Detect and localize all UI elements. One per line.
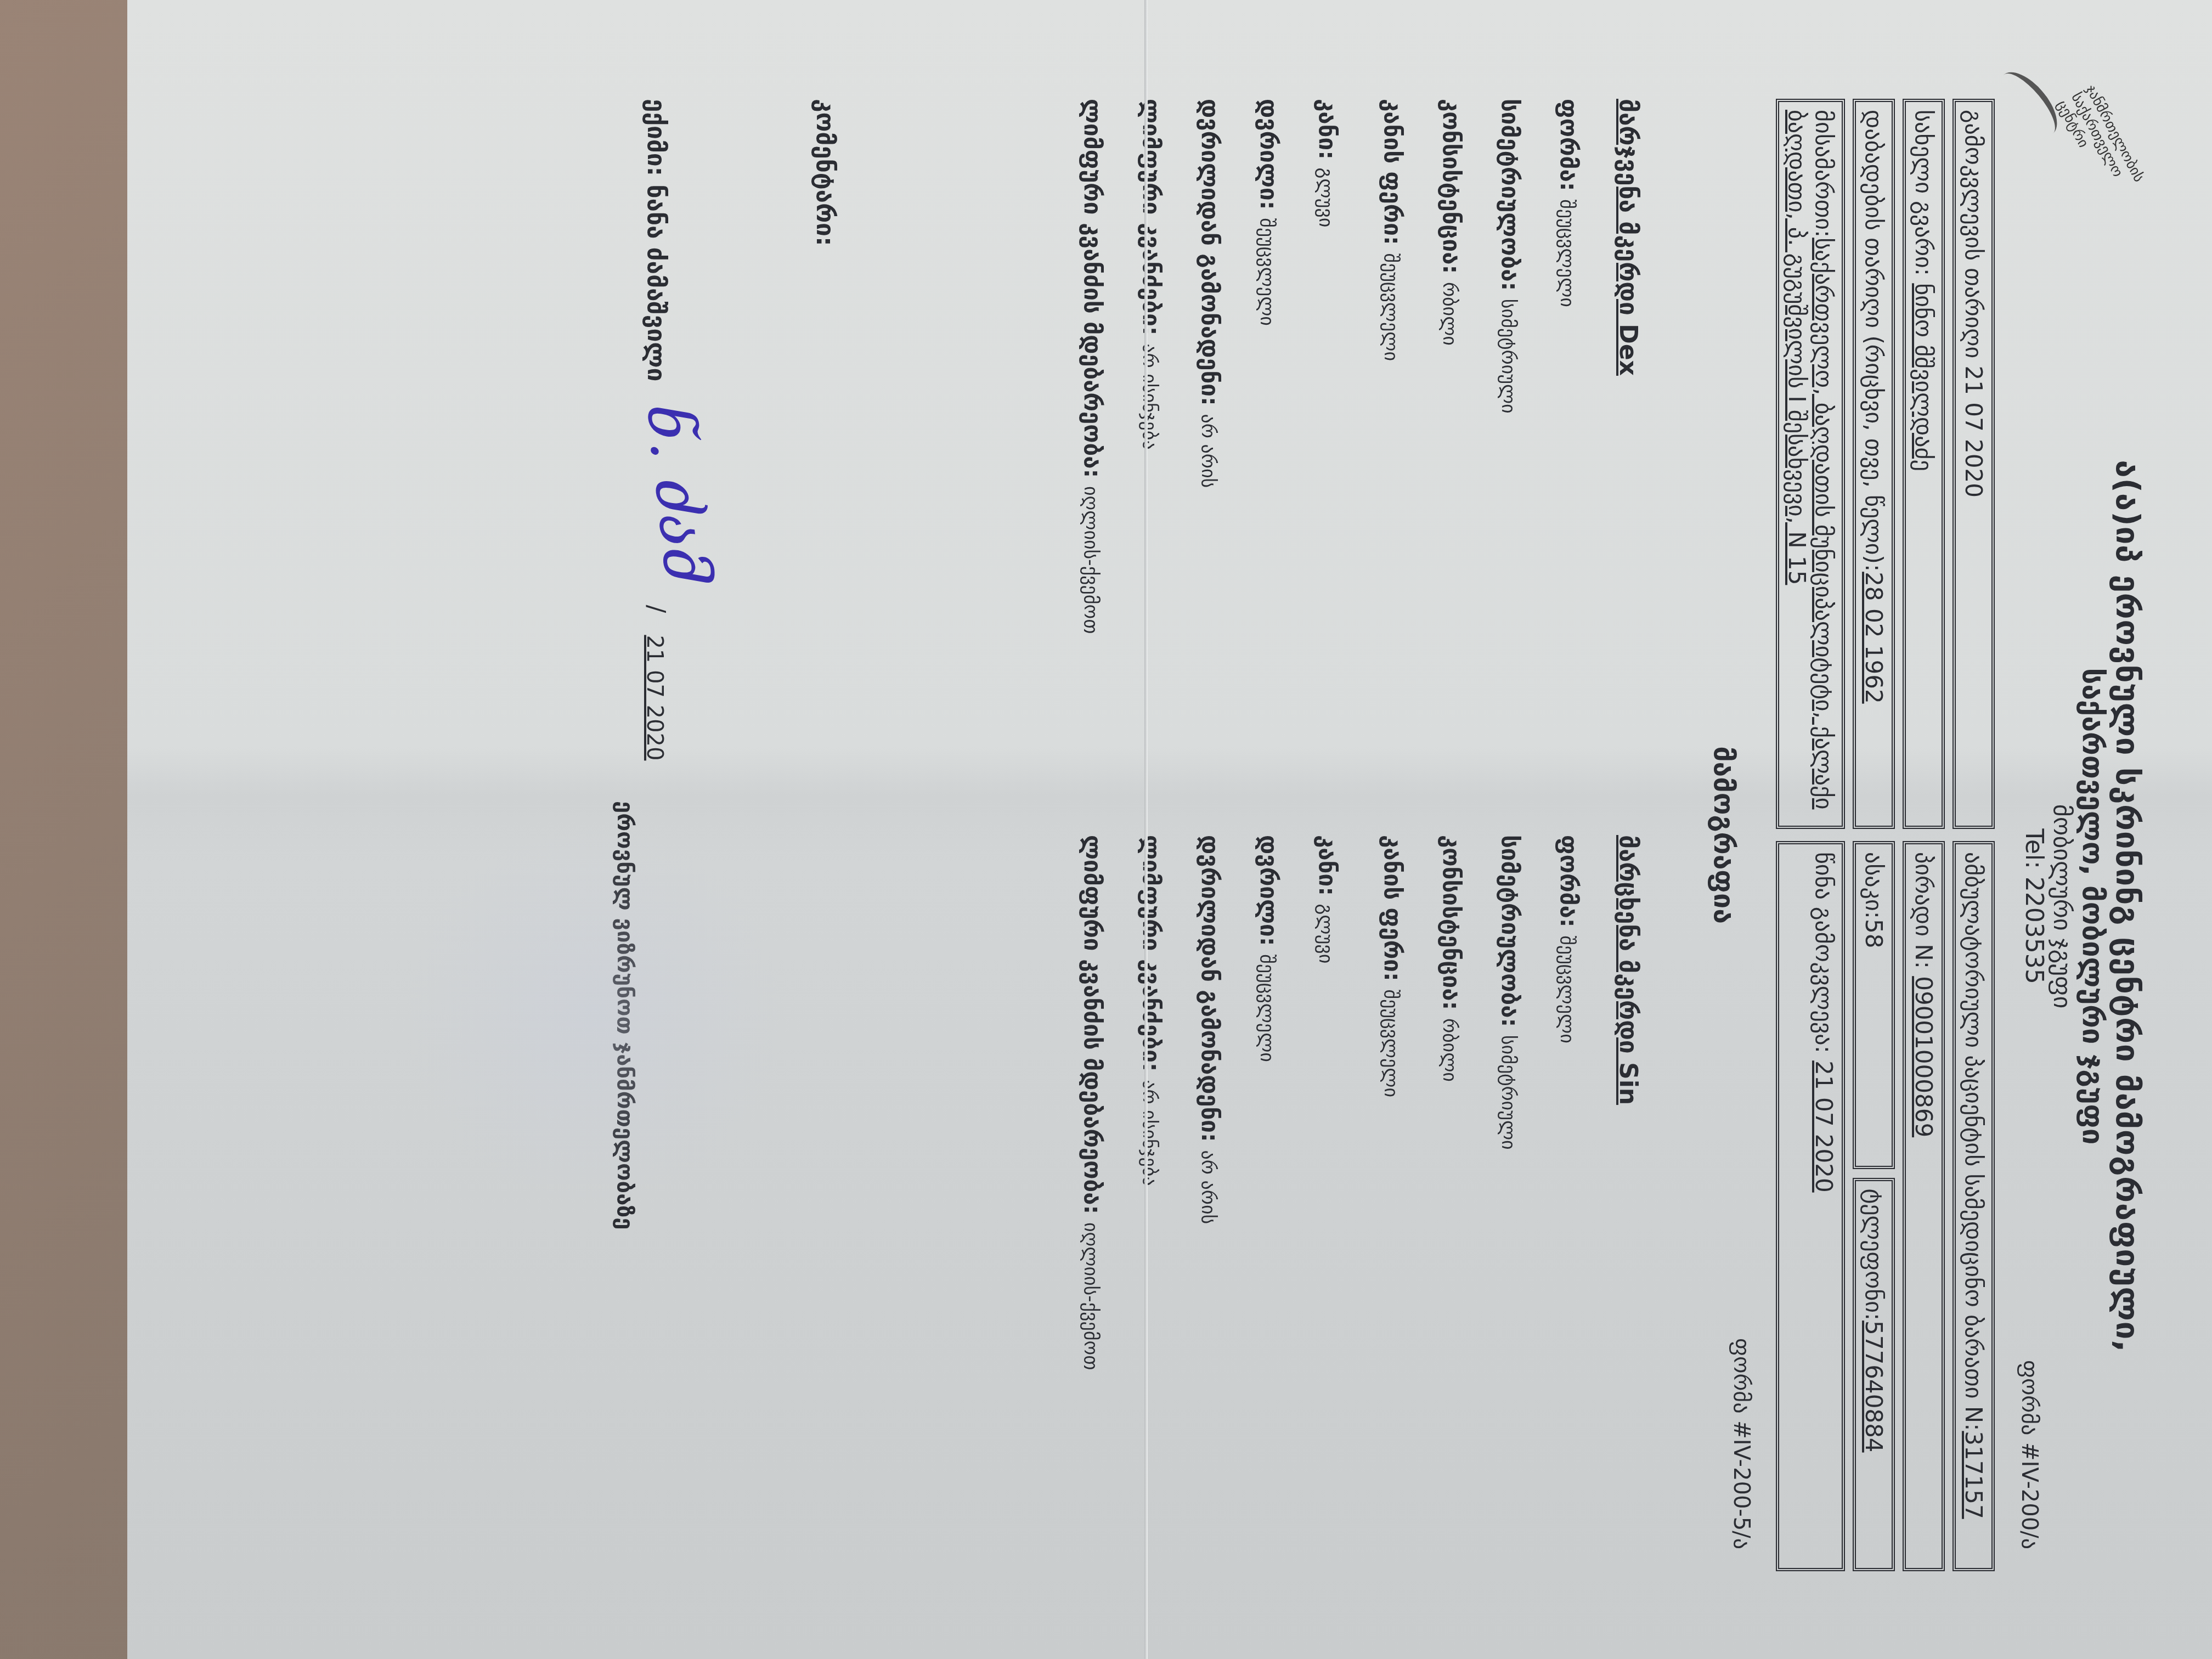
comment-label: კომენტარი: [811, 99, 839, 1571]
findings-left-breast: მარცხენა მკერდი Sin ფორმა: შეუცვლელი სიმ… [1047, 835, 1642, 1571]
age-phone-box: ასაკი:58 ტელეფონი:577640884 [1853, 841, 1895, 1571]
finding-row: სიმეტრიულობა: სიმეტრიული [1497, 99, 1523, 835]
finding-label: კონსისტენცია: [1438, 99, 1465, 282]
finding-label: დვრილი: [1255, 99, 1282, 218]
previous-exam-value: 21 07 2020 [1810, 1060, 1837, 1192]
finding-value: სიმეტრიული [1497, 299, 1519, 414]
finding-value: შეუცვლელი [1256, 218, 1278, 326]
finding-label: დვრილი: [1255, 835, 1282, 954]
org-location: საქართველო, მობილური ჯგუფი [2076, 241, 2109, 1571]
finding-value: გლუვი [1314, 904, 1336, 964]
finding-value: შეუცვლელი [1256, 954, 1278, 1062]
doctor-name: ექიმი: ნანა ძამაშვილი [642, 99, 670, 381]
finding-value: იღლიის-ქვემოთ [1080, 1222, 1102, 1370]
birth-date-label: დაბადების თარიღი (რიცხვი, თვე, წელი): [1860, 110, 1887, 572]
previous-exam-label: წინა გამოკვლევა: [1810, 852, 1837, 1060]
findings-right-breast: მარჯვენა მკერდი Dex ფორმა: შეუცვლელი სიმ… [1047, 99, 1642, 835]
finding-value: არ არის [1197, 414, 1219, 488]
phone-label: ტელეფონი: [1860, 1189, 1887, 1321]
finding-value: სიმეტრიული [1497, 1035, 1519, 1150]
finding-value: შეუცვლელი [1380, 253, 1402, 361]
findings-title: მარჯვენა მკერდი Dex [1614, 99, 1642, 835]
finding-label: კონსისტენცია: [1438, 835, 1465, 1018]
org-name: ა(ა)იპ ეროვნული სკრინინგ ცენტრი მამოგრაფ… [2109, 241, 2146, 1571]
finding-label: კანი: [1314, 99, 1341, 168]
finding-label: კანის ფერი: [1379, 835, 1406, 989]
finding-label: სიმეტრიულობა: [1497, 99, 1523, 299]
finding-value: არ ისინჯება [1138, 343, 1160, 449]
finding-row: კონსისტენცია: რბილი [1438, 835, 1465, 1571]
signature-date: 21 07 2020 [642, 635, 667, 760]
finding-label: ლიმფური კვანძები: [1138, 835, 1165, 1080]
finding-row: ლიმფური კვანძები: არ ისინჯება [1138, 99, 1165, 835]
age-value: 58 [1860, 919, 1887, 948]
handwritten-signature: ნ. ძამ [633, 400, 721, 586]
finding-label: ლიმფური კვანძის მდებარეობა: [1079, 835, 1106, 1222]
finding-label: კანი: [1314, 835, 1341, 904]
registry-box: ამბულატორიული პაციენტის სამედიცინო ბარათ… [1953, 841, 1995, 1571]
personal-id-label: პირადი N: [1910, 852, 1937, 976]
finding-row: ფორმა: შეუცვლელი [1555, 99, 1582, 835]
visit-date: გამოკვლევის თარიღი 21 07 2020 [1960, 110, 1987, 498]
birth-date-value: 28 02 1962 [1860, 572, 1887, 703]
registry-value: 317157 [1960, 1431, 1987, 1519]
finding-label: კანის ფერი: [1379, 99, 1406, 253]
finding-row: კანი: გლუვი [1314, 835, 1341, 1571]
age-cell: ასაკი:58 [1853, 841, 1895, 1169]
finding-value: შეუცვლელი [1380, 989, 1402, 1097]
finding-value: შეუცვლელი [1556, 935, 1578, 1043]
finding-row: დვრილი: შეუცვლელი [1255, 99, 1282, 835]
finding-label: დვრილიდან გამონადენი: [1197, 835, 1223, 1150]
finding-row: სიმეტრიულობა: სიმეტრიული [1497, 835, 1523, 1571]
finding-label: ფორმა: [1555, 835, 1582, 935]
finding-value: იღლიის-ქვემოთ [1080, 486, 1102, 634]
finding-row: კანი: გლუვი [1314, 99, 1341, 835]
registry-label: ამბულატორიული პაციენტის სამედიცინო ბარათ… [1960, 852, 1987, 1431]
address-label: მისამართი: [1810, 110, 1837, 238]
visit-date-box: გამოკვლევის თარიღი 21 07 2020 [1953, 99, 1995, 829]
finding-row: ფორმა: შეუცვლელი [1555, 835, 1582, 1571]
signature-separator: / [642, 605, 670, 613]
finding-row: კანის ფერი: შეუცვლელი [1379, 835, 1406, 1571]
finding-row: ლიმფური კვანძის მდებარეობა: იღლიის-ქვემო… [1079, 835, 1106, 1571]
finding-row: დვრილიდან გამონადენი: არ არის [1197, 835, 1223, 1571]
name-value: ნინო მშვილდაძე [1910, 283, 1937, 471]
name-box: სახელი გვარი: ნინო მშვილდაძე [1903, 99, 1945, 829]
finding-value: შეუცვლელი [1556, 199, 1578, 307]
finding-label: ლიმფური კვანძის მდებარეობა: [1079, 99, 1106, 486]
finding-label: ლიმფური კვანძები: [1138, 99, 1165, 343]
patient-info: გამოკვლევის თარიღი 21 07 2020 ამბულატორი… [1776, 99, 1995, 1571]
finding-row: კანის ფერი: შეუცვლელი [1379, 99, 1406, 835]
document-sheet: ჯანმრთელობის საქართველო ცენტრი ა(ა)იპ ერ… [127, 0, 2212, 1659]
phone-value: 577640884 [1860, 1321, 1887, 1453]
finding-value: არ ისინჯება [1138, 1080, 1160, 1186]
phone-cell: ტელეფონი:577640884 [1853, 1178, 1895, 1571]
finding-row: ლიმფური კვანძის მდებარეობა: იღლიის-ქვემო… [1079, 99, 1106, 835]
findings: მარჯვენა მკერდი Dex ფორმა: შეუცვლელი სიმ… [1047, 99, 1642, 1571]
finding-row: დვრილიდან გამონადენი: არ არის [1197, 99, 1223, 835]
finding-row: დვრილი: შეუცვლელი [1255, 835, 1282, 1571]
finding-row: ლიმფური კვანძები: არ ისინჯება [1138, 835, 1165, 1571]
finding-label: დვრილიდან გამონადენი: [1197, 99, 1223, 414]
finding-label: ფორმა: [1555, 99, 1582, 199]
personal-id-value: 09001000869 [1910, 976, 1937, 1137]
finding-label: სიმეტრიულობა: [1497, 835, 1523, 1035]
org-sub: მობილური ჯგუფი [2048, 241, 2076, 1571]
findings-title: მარცხენა მკერდი Sin [1614, 835, 1642, 1571]
birth-date-box: დაბადების თარიღი (რიცხვი, თვე, წელი):28 … [1853, 99, 1895, 829]
finding-row: კონსისტენცია: რბილი [1438, 99, 1465, 835]
personal-id-box: პირადი N: 09001000869 [1903, 841, 1945, 1571]
finding-value: რბილი [1438, 282, 1460, 346]
finding-value: რბილი [1438, 1018, 1460, 1082]
age-label: ასაკი: [1860, 852, 1887, 919]
faded-stamp [402, 823, 786, 1207]
paper-fold [1144, 0, 1148, 1659]
finding-value: არ არის [1197, 1150, 1219, 1224]
name-label: სახელი გვარი: [1910, 110, 1937, 283]
previous-exam-box: წინა გამოკვლევა: 21 07 2020 [1776, 841, 1845, 1571]
finding-value: გლუვი [1314, 168, 1336, 228]
address-box: მისამართი:საქართველო, ბაღდათის მუნიციპალ… [1776, 99, 1845, 829]
logo: ჯანმრთელობის საქართველო ცენტრი [2053, 82, 2147, 200]
